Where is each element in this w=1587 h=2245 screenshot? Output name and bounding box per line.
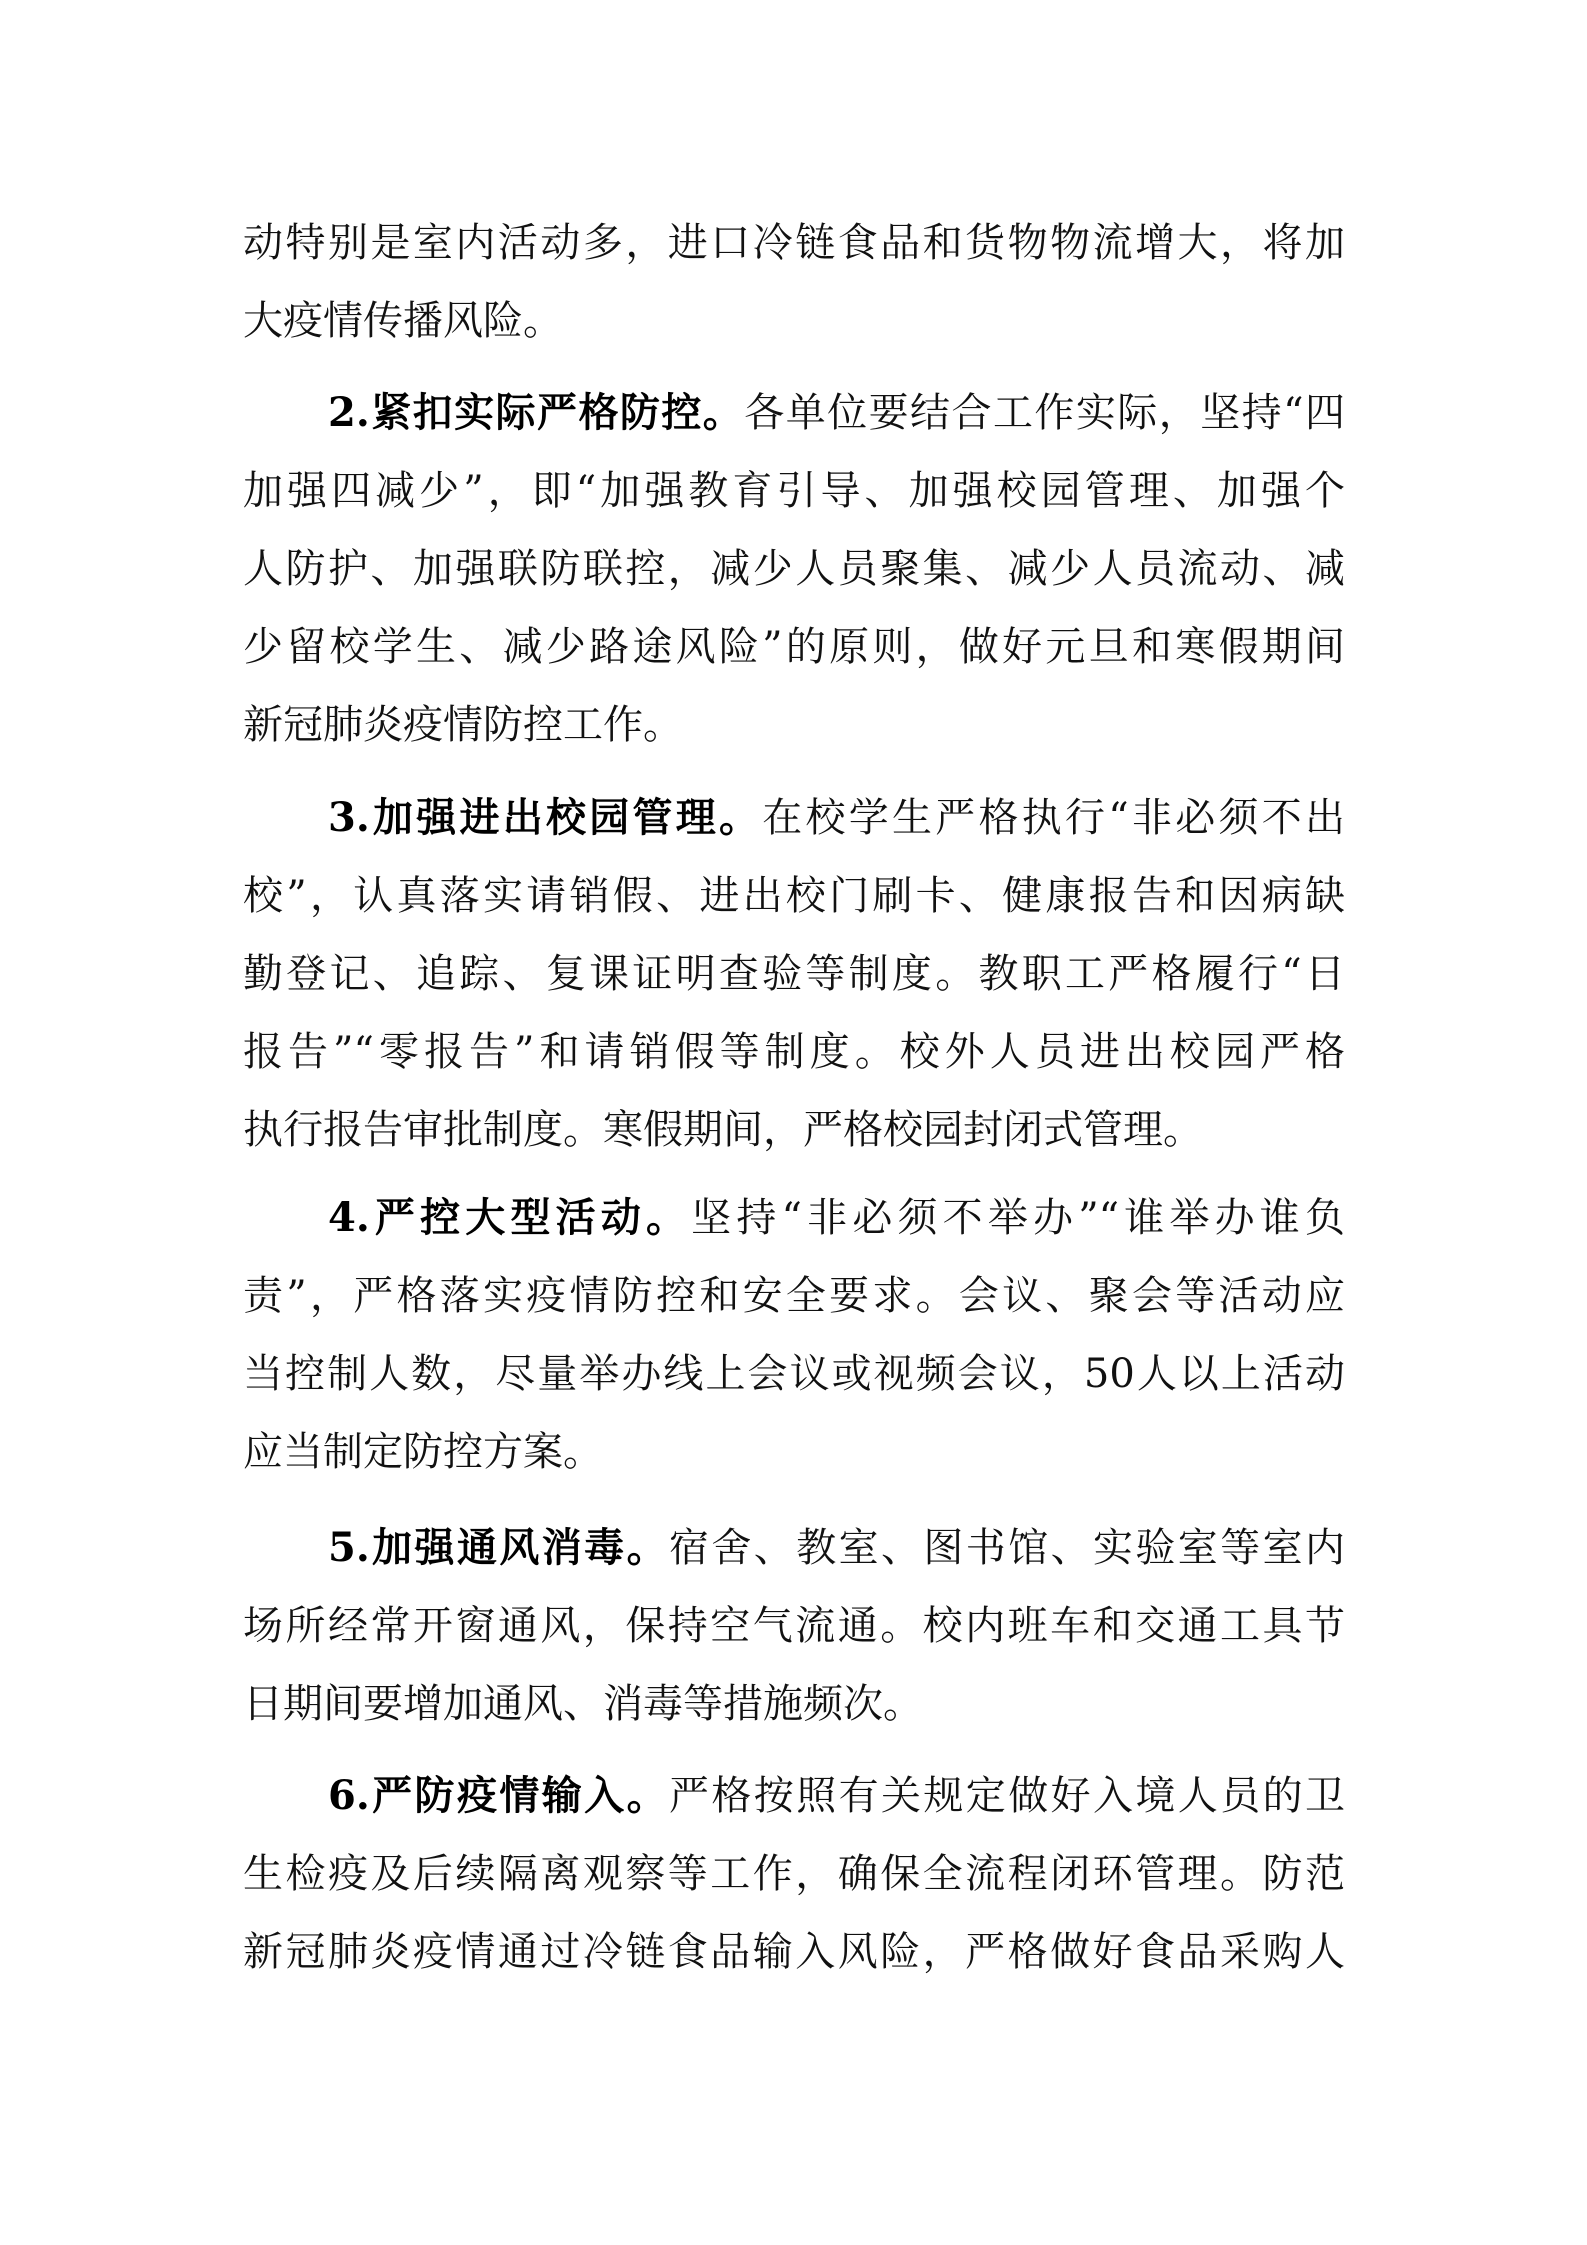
paragraph-line: 责”，严格落实疫情防控和安全要求。会议、聚会等活动应 — [243, 1266, 1345, 1326]
paragraph-line: 勤登记、追踪、复课证明查验等制度。教职工严格履行“日 — [243, 944, 1345, 1004]
item-text: 坚持“非必须不举办”“谁举办谁负 — [691, 1195, 1345, 1241]
item-text: 严格按照有关规定做好入境人员的卫 — [669, 1773, 1345, 1819]
item-text: 在校学生严格执行“非必须不出 — [762, 795, 1345, 841]
paragraph-line: 新冠肺炎疫情防控工作。 — [243, 695, 1345, 755]
item-heading: 3.加强进出校园管理。 — [328, 794, 762, 841]
paragraph-line: 动特别是室内活动多，进口冷链食品和货物物流增大，将加 — [243, 213, 1345, 273]
item-heading: 6.严防疫情输入。 — [328, 1772, 669, 1819]
paragraph-line: 少留校学生、减少路途风险”的原则，做好元旦和寒假期间 — [243, 617, 1345, 677]
document-page: 动特别是室内活动多，进口冷链食品和货物物流增大，将加 大疫情传播风险。 2.紧扣… — [0, 0, 1587, 2245]
paragraph-line: 应当制定防控方案。 — [243, 1422, 1345, 1482]
item-text: 宿舍、教室、图书馆、实验室等室内 — [669, 1525, 1345, 1571]
paragraph-line: 加强四减少”，即“加强教育引导、加强校园管理、加强个 — [243, 461, 1345, 521]
paragraph-item-4-first-line: 4.严控大型活动。坚持“非必须不举办”“谁举办谁负 — [328, 1188, 1345, 1248]
paragraph-line: 执行报告审批制度。寒假期间，严格校园封闭式管理。 — [243, 1100, 1345, 1160]
paragraph-item-2-first-line: 2.紧扣实际严格防控。各单位要结合工作实际，坚持“四 — [328, 383, 1345, 443]
paragraph-line: 人防护、加强联防联控，减少人员聚集、减少人员流动、减 — [243, 539, 1345, 599]
paragraph-item-3-first-line: 3.加强进出校园管理。在校学生严格执行“非必须不出 — [328, 788, 1345, 848]
item-heading: 4.严控大型活动。 — [328, 1194, 691, 1241]
paragraph-line: 报告”“零报告”和请销假等制度。校外人员进出校园严格 — [243, 1022, 1345, 1082]
paragraph-line: 日期间要增加通风、消毒等措施频次。 — [243, 1674, 1345, 1734]
paragraph-item-5-first-line: 5.加强通风消毒。宿舍、教室、图书馆、实验室等室内 — [328, 1518, 1345, 1578]
paragraph-line: 大疫情传播风险。 — [243, 291, 1345, 351]
paragraph-line: 新冠肺炎疫情通过冷链食品输入风险，严格做好食品采购人 — [243, 1922, 1345, 1982]
item-heading: 5.加强通风消毒。 — [328, 1524, 669, 1571]
item-text: 各单位要结合工作实际，坚持“四 — [744, 390, 1345, 436]
item-heading: 2.紧扣实际严格防控。 — [328, 389, 744, 436]
paragraph-line: 生检疫及后续隔离观察等工作，确保全流程闭环管理。防范 — [243, 1844, 1345, 1904]
paragraph-line: 当控制人数，尽量举办线上会议或视频会议，50人以上活动 — [243, 1344, 1345, 1404]
paragraph-line: 场所经常开窗通风，保持空气流通。校内班车和交通工具节 — [243, 1596, 1345, 1656]
paragraph-item-6-first-line: 6.严防疫情输入。严格按照有关规定做好入境人员的卫 — [328, 1766, 1345, 1826]
paragraph-line: 校”，认真落实请销假、进出校门刷卡、健康报告和因病缺 — [243, 866, 1345, 926]
